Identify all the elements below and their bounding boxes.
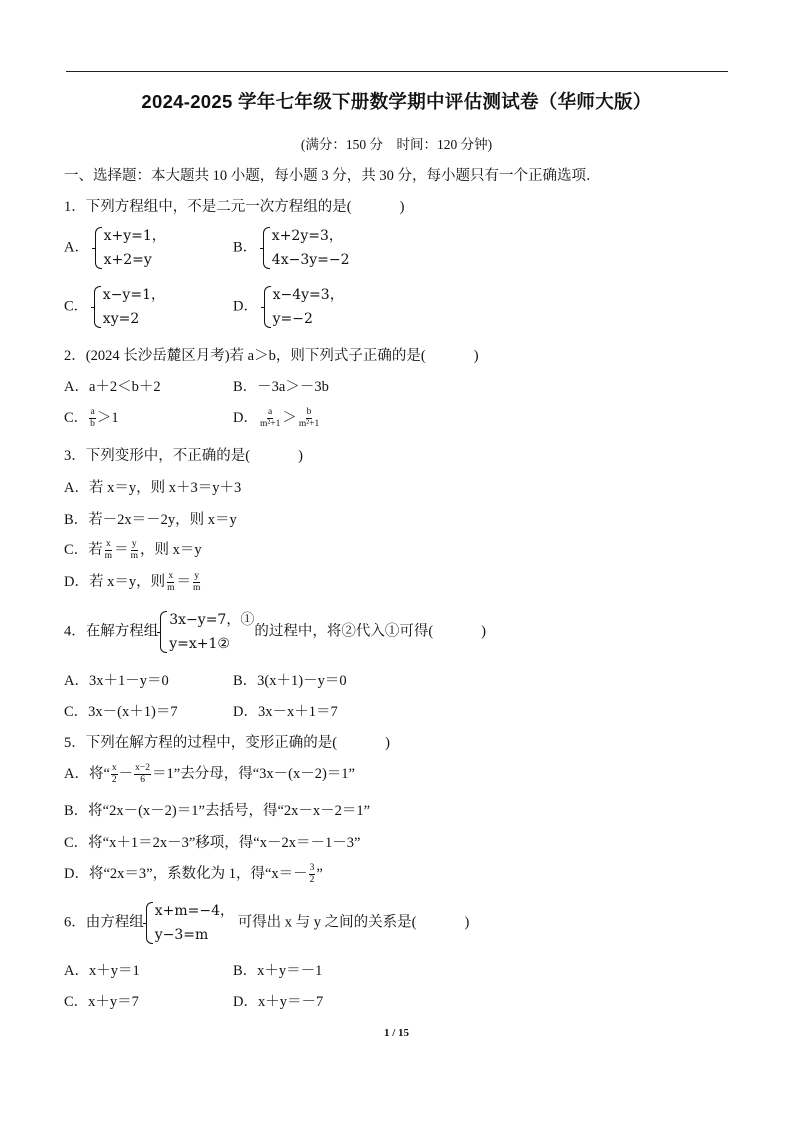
q2-option-c: C．ab＞1 xyxy=(64,406,119,430)
option-label: C． xyxy=(64,298,88,314)
fraction: x−26 xyxy=(134,763,151,786)
option-text: ” xyxy=(316,866,322,882)
equation-system: x+m=−4，y−3=m xyxy=(144,899,234,947)
question-number: 5． xyxy=(64,735,86,751)
option-text: ，则 x＝y xyxy=(140,542,202,558)
equation-row: xy=2 xyxy=(103,307,165,331)
denominator: m²+1 xyxy=(298,419,320,430)
q5-option-c: C．将“x＋1＝2x－3”移项，得“x－2x＝－1－3” xyxy=(64,831,360,852)
option-text: 若－2x＝－2y，则 x＝y xyxy=(88,512,237,528)
question-stem: 的过程中，将②代入①可得( xyxy=(254,623,433,639)
numerator: y xyxy=(193,571,200,583)
fraction: bm²+1 xyxy=(298,407,320,430)
fraction: xm xyxy=(104,539,113,562)
question-number: 6． xyxy=(64,914,86,930)
q2-option-d: D．am²+1＞bm²+1 xyxy=(233,406,321,430)
option-label: D． xyxy=(233,704,258,720)
option-label: A． xyxy=(64,963,89,979)
option-text: x＋y＝－1 xyxy=(257,963,322,979)
denominator: 2 xyxy=(111,775,118,786)
question-stem: 可得出 x 与 y 之间的关系是( xyxy=(238,914,417,930)
option-label: A． xyxy=(64,480,89,496)
numerator: 3 xyxy=(309,863,316,875)
operator: ＝ xyxy=(114,542,129,558)
denominator: m xyxy=(166,583,175,594)
q6-option-a: A．x＋y＝1 xyxy=(64,959,140,980)
question-4: 4．在解方程组3x−y=7，①y=x+1②的过程中，将②代入①可得() xyxy=(64,608,486,656)
denominator: 6 xyxy=(139,775,146,786)
q4-option-d: D．3x－x＋1＝7 xyxy=(233,700,338,721)
equation-row: x+m=−4， xyxy=(155,899,234,923)
equation-system: x+y=1， x+2=y xyxy=(93,224,166,272)
option-text: 若 x＝y，则 x＋3＝y＋3 xyxy=(89,480,241,496)
option-label: A． xyxy=(64,379,89,395)
question-stem: 若 a＞b，则下列式子正确的是( xyxy=(230,348,426,364)
answer-paren: ) xyxy=(464,914,469,930)
option-label: A． xyxy=(64,239,89,255)
numerator: x xyxy=(167,571,174,583)
option-text: 3x－(x＋1)＝7 xyxy=(88,704,177,720)
q3-option-c: C．若xm＝ym，则 x＝y xyxy=(64,538,202,562)
option-label: C． xyxy=(64,835,88,851)
answer-paren: ) xyxy=(400,199,405,215)
question-6: 6．由方程组x+m=−4，y−3=m 可得出 x 与 y 之间的关系是() xyxy=(64,899,469,947)
q1-option-c: C． x−y=1， xy=2 xyxy=(64,283,165,331)
equation-row: 4x−3y=−2 xyxy=(272,248,350,272)
page-number: 1 / 15 xyxy=(0,1027,793,1039)
option-text: 将“ xyxy=(89,766,110,782)
fraction: am²+1 xyxy=(259,407,281,430)
q6-option-b: B．x＋y＝－1 xyxy=(233,959,322,980)
option-label: D． xyxy=(64,574,89,590)
option-text: ＞1 xyxy=(97,410,119,426)
option-text: 将“x＋1＝2x－3”移项，得“x－2x＝－1－3” xyxy=(88,835,360,851)
numerator: b xyxy=(306,407,313,419)
equation-row: x+y=1， xyxy=(104,224,166,248)
option-text: 3x－x＋1＝7 xyxy=(258,704,338,720)
fraction: ym xyxy=(192,571,201,594)
numerator: a xyxy=(267,407,273,419)
equation-row: x−4y=3， xyxy=(273,283,344,307)
option-text: 3(x＋1)－y＝0 xyxy=(257,673,346,689)
option-label: C． xyxy=(64,994,88,1010)
option-label: A． xyxy=(64,766,89,782)
question-1: 1．下列方程组中，不是二元一次方程组的是() xyxy=(64,195,404,216)
question-stem: 下列变形中，不正确的是( xyxy=(86,448,250,464)
option-text: 若 x＝y，则 xyxy=(89,574,165,590)
denominator: 2 xyxy=(309,875,316,886)
option-text: 3x＋1－y＝0 xyxy=(89,673,169,689)
fraction: ab xyxy=(89,407,96,430)
answer-paren: ) xyxy=(385,735,390,751)
header-rule xyxy=(66,71,728,72)
option-text: －3a＞－3b xyxy=(257,379,329,395)
denominator: m xyxy=(104,551,113,562)
q2-option-b: B．－3a＞－3b xyxy=(233,375,329,396)
fraction: 32 xyxy=(309,863,316,886)
numerator: y xyxy=(131,539,138,551)
question-stem: 下列方程组中，不是二元一次方程组的是( xyxy=(86,199,352,215)
equation-system: x+2y=3， 4x−3y=−2 xyxy=(261,224,350,272)
denominator: b xyxy=(89,419,96,430)
q2-option-a: A．a＋2＜b＋2 xyxy=(64,375,161,396)
option-label: B． xyxy=(233,379,257,395)
q1-option-b: B． x+2y=3， 4x−3y=−2 xyxy=(233,224,350,272)
question-number: 3． xyxy=(64,448,86,464)
option-label: C． xyxy=(64,542,88,558)
option-label: B． xyxy=(64,803,88,819)
q5-option-d: D．将“2x＝3”，系数化为 1，得“x＝－32” xyxy=(64,862,323,886)
denominator: m²+1 xyxy=(259,419,281,430)
question-stem: 在解方程组 xyxy=(86,623,159,639)
equation-row: 3x−y=7，① xyxy=(169,608,254,632)
equation-row: x−y=1， xyxy=(103,283,165,307)
option-label: D． xyxy=(64,866,89,882)
option-label: A． xyxy=(64,673,89,689)
equation-system: x−4y=3， y=−2 xyxy=(262,283,344,331)
denominator: m xyxy=(192,583,201,594)
q3-option-d: D．若 x＝y，则xm＝ym xyxy=(64,570,202,594)
q4-option-b: B．3(x＋1)－y＝0 xyxy=(233,669,347,690)
question-stem: 由方程组 xyxy=(86,914,144,930)
equation-row: x+2y=3， xyxy=(272,224,350,248)
question-number: 1． xyxy=(64,199,86,215)
option-label: D． xyxy=(233,298,258,314)
q3-option-a: A．若 x＝y，则 x＋3＝y＋3 xyxy=(64,476,241,497)
numerator: x xyxy=(105,539,112,551)
option-label: D． xyxy=(233,410,258,426)
q4-option-a: A．3x＋1－y＝0 xyxy=(64,669,169,690)
answer-paren: ) xyxy=(481,623,486,639)
option-text: 将“2x＝3”，系数化为 1，得“x＝－ xyxy=(89,866,308,882)
q1-option-d: D． x−4y=3， y=−2 xyxy=(233,283,344,331)
equation-row: y=−2 xyxy=(273,307,344,331)
q5-option-a: A．将“x2－x−26＝1”去分母，得“3x－(x－2)＝1” xyxy=(64,762,355,786)
question-2: 2．(2024 长沙岳麓区月考)若 a＞b，则下列式子正确的是() xyxy=(64,344,479,365)
numerator: x xyxy=(111,763,118,775)
option-text: a＋2＜b＋2 xyxy=(89,379,161,395)
equation-row: y−3=m xyxy=(155,923,234,947)
equation-row: y=x+1② xyxy=(169,632,254,656)
q5-option-b: B．将“2x－(x－2)＝1”去括号，得“2x－x－2＝1” xyxy=(64,799,370,820)
question-source: (2024 长沙岳麓区月考) xyxy=(86,348,230,364)
option-label: D． xyxy=(233,994,258,1010)
exam-info: (满分：150 分 时间：120 分钟) xyxy=(0,133,793,153)
equation-row: x+2=y xyxy=(104,248,166,272)
equation-system: 3x−y=7，①y=x+1② xyxy=(158,608,254,656)
operator: － xyxy=(119,766,134,782)
page-title: 2024-2025 学年七年级下册数学期中评估测试卷（华师大版） xyxy=(0,88,793,114)
question-3: 3．下列变形中，不正确的是() xyxy=(64,444,303,465)
option-label: C． xyxy=(64,410,88,426)
fraction: x2 xyxy=(111,763,118,786)
question-stem: 下列在解方程的过程中，变形正确的是( xyxy=(86,735,337,751)
q3-option-b: B．若－2x＝－2y，则 x＝y xyxy=(64,508,237,529)
denominator: m xyxy=(130,551,139,562)
numerator: x−2 xyxy=(134,763,151,775)
question-number: 4． xyxy=(64,623,86,639)
q6-option-c: C．x＋y＝7 xyxy=(64,990,139,1011)
q1-option-a: A． x+y=1， x+2=y xyxy=(64,224,166,272)
option-label: C． xyxy=(64,704,88,720)
equation-system: x−y=1， xy=2 xyxy=(92,283,165,331)
option-text: 若 xyxy=(88,542,103,558)
question-number: 2． xyxy=(64,348,86,364)
numerator: a xyxy=(89,407,95,419)
operator: ＞ xyxy=(282,410,297,426)
fraction: xm xyxy=(166,571,175,594)
option-label: B． xyxy=(233,673,257,689)
operator: ＝ xyxy=(177,574,192,590)
option-text: ＝1”去分母，得“3x－(x－2)＝1” xyxy=(152,766,355,782)
option-label: B． xyxy=(64,512,88,528)
option-text: 将“2x－(x－2)＝1”去括号，得“2x－x－2＝1” xyxy=(88,803,370,819)
question-5: 5．下列在解方程的过程中，变形正确的是() xyxy=(64,731,390,752)
option-text: x＋y＝－7 xyxy=(258,994,323,1010)
answer-paren: ) xyxy=(474,348,479,364)
section-heading: 一、选择题：本大题共 10 小题，每小题 3 分，共 30 分，每小题只有一个正… xyxy=(64,164,601,185)
q6-option-d: D．x＋y＝－7 xyxy=(233,990,323,1011)
option-label: B． xyxy=(233,239,257,255)
option-text: x＋y＝7 xyxy=(88,994,139,1010)
q4-option-c: C．3x－(x＋1)＝7 xyxy=(64,700,178,721)
fraction: ym xyxy=(130,539,139,562)
answer-paren: ) xyxy=(298,448,303,464)
option-text: x＋y＝1 xyxy=(89,963,140,979)
option-label: B． xyxy=(233,963,257,979)
